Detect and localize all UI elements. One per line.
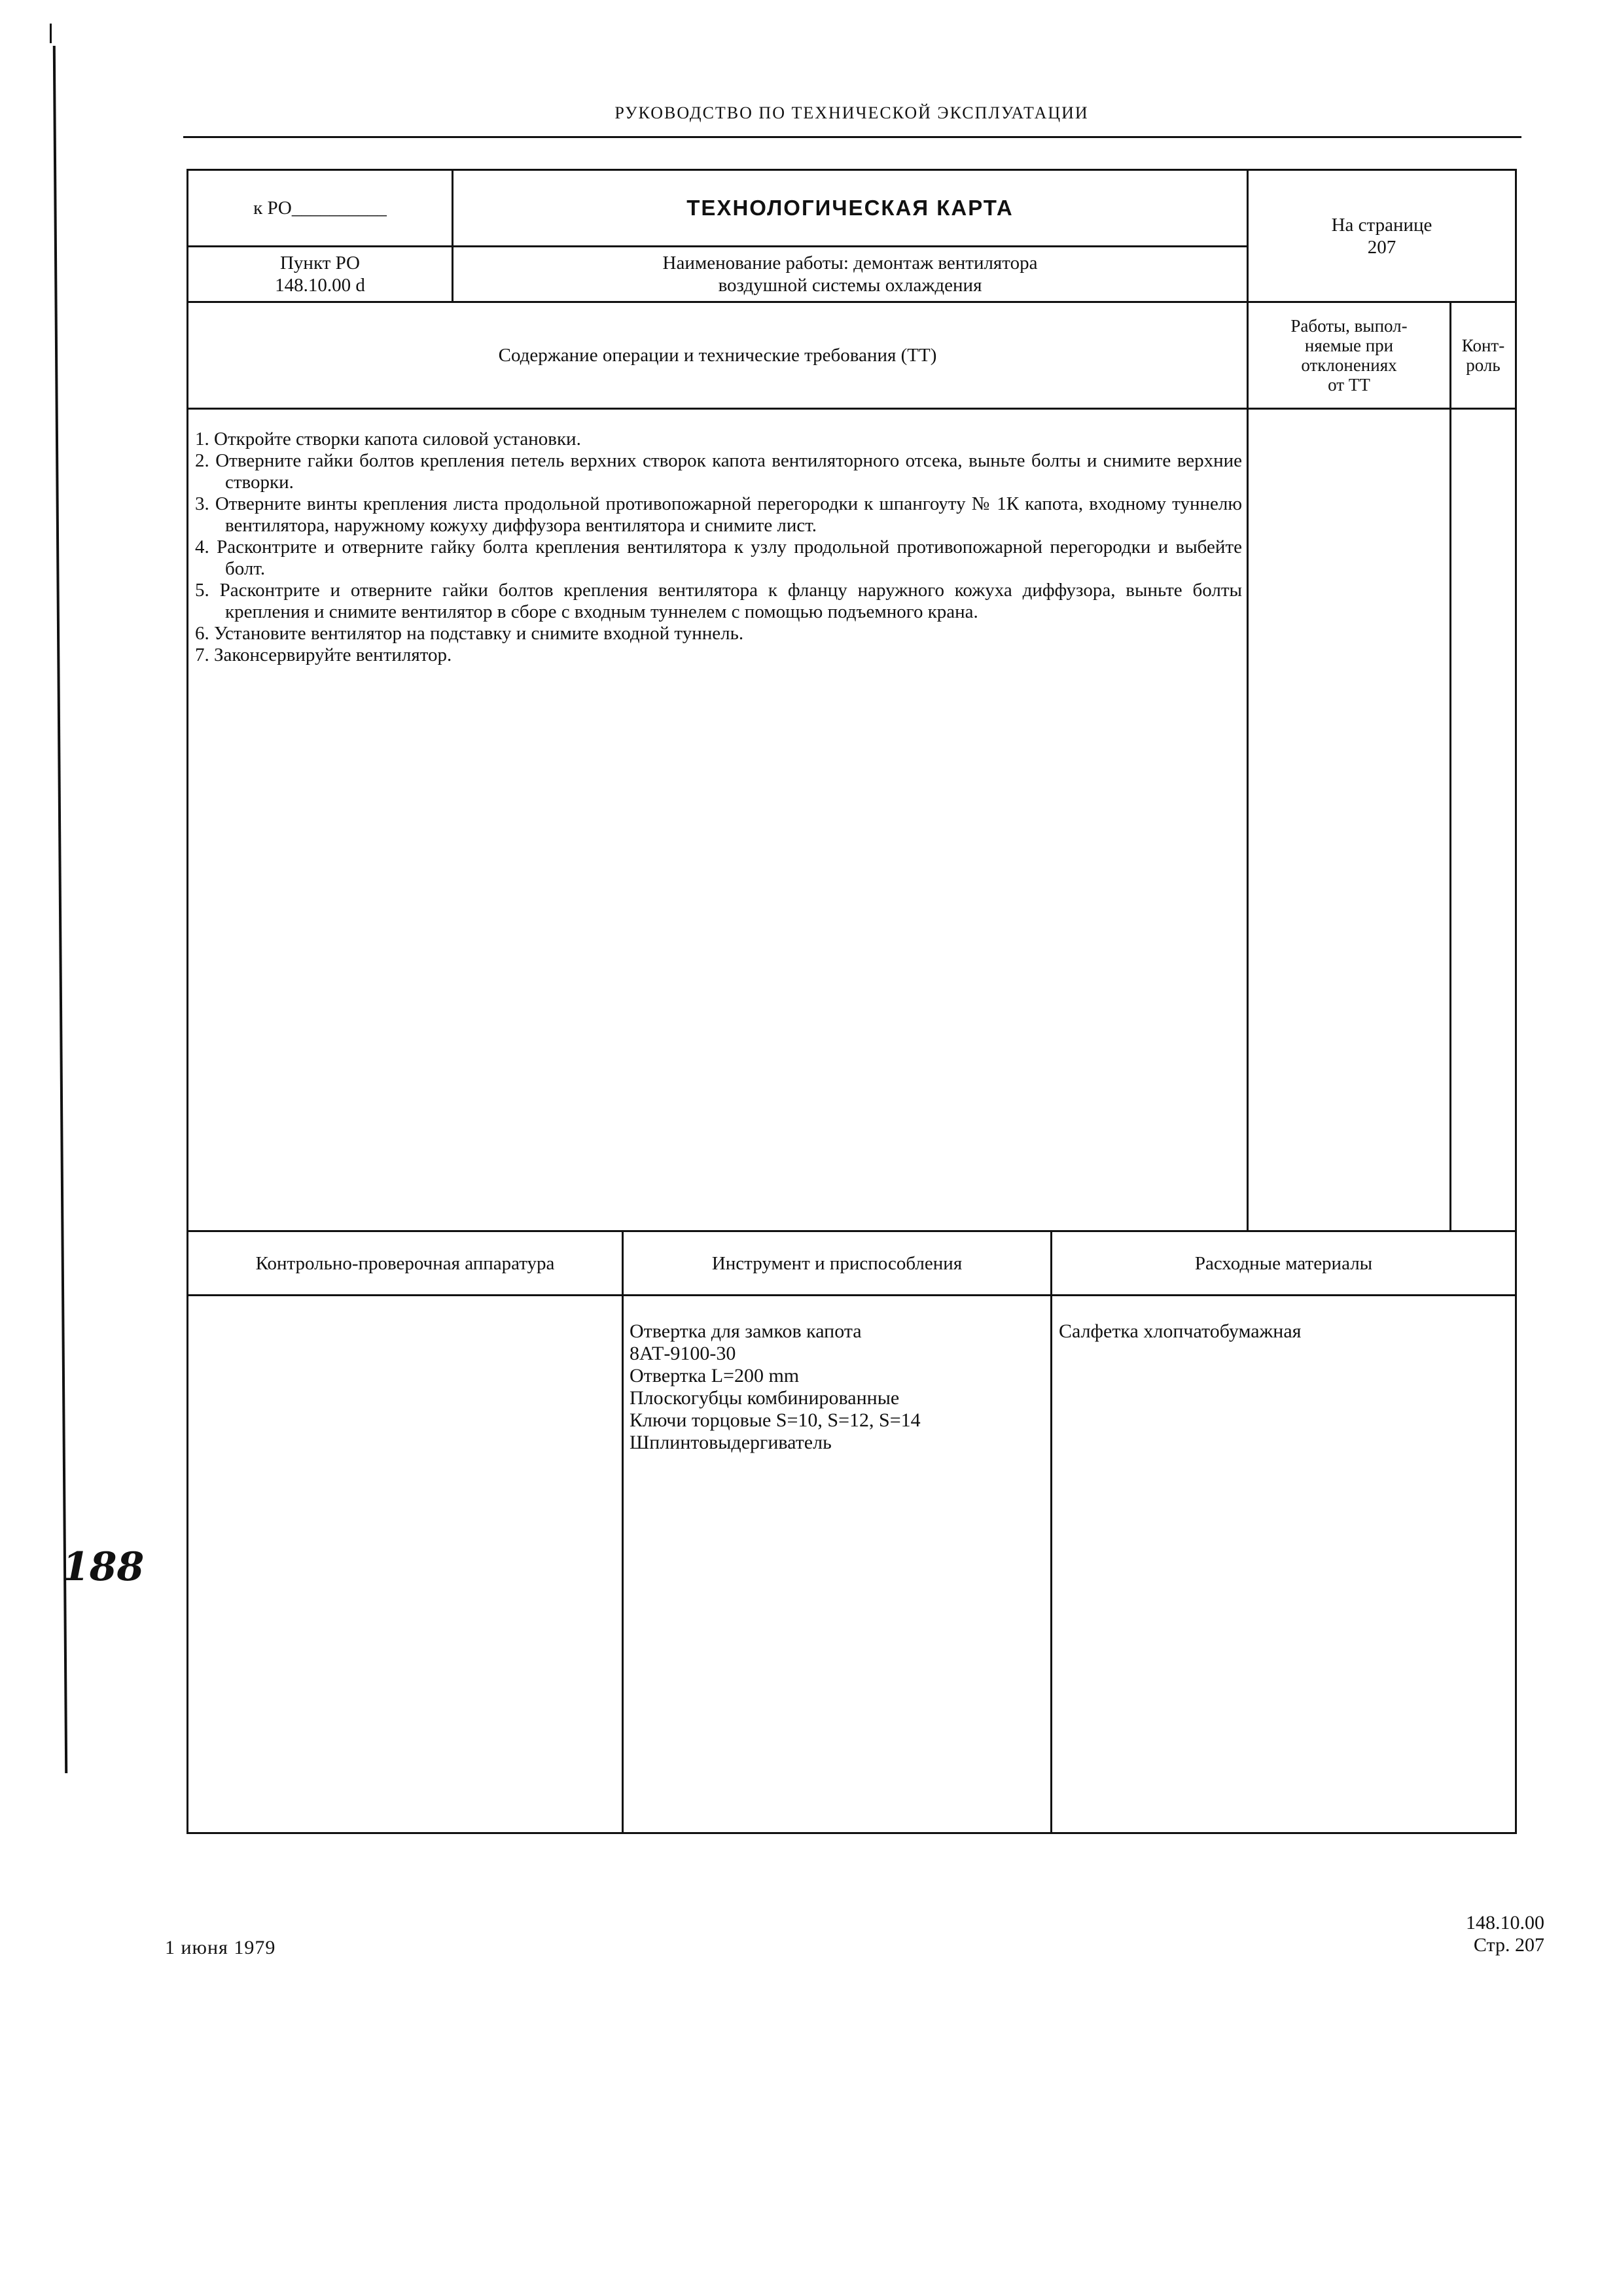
- deviations-header-line: Работы, выпол-: [1290, 316, 1407, 336]
- margin-scan-line: [50, 24, 52, 43]
- materials-header: Расходные материалы: [1050, 1230, 1517, 1296]
- materials-header-label: Расходные материалы: [1195, 1252, 1372, 1275]
- handwritten-page-number: 188: [62, 1544, 144, 1590]
- tools-list: Отвертка для замков капота 8АТ-9100-30 О…: [630, 1320, 1048, 1454]
- step-item: 1. Откройте створки капота силовой устан…: [195, 429, 1242, 450]
- material-item: Салфетка хлопчатобумажная: [1059, 1320, 1504, 1343]
- ref-cell: к РО__________: [187, 169, 453, 247]
- step-item: 6. Установите вентилятор на подставку и …: [195, 623, 1242, 645]
- margin-scan-line: [53, 46, 67, 1773]
- item-value: 148.10.00 d: [275, 274, 365, 296]
- deviations-body: [1247, 408, 1451, 1232]
- materials-body: [1050, 1294, 1517, 1834]
- equipment-header-label: Контрольно-проверочная аппаратура: [256, 1252, 555, 1275]
- control-header-line: роль: [1466, 355, 1500, 375]
- header-rule: [183, 136, 1521, 138]
- deviations-header-line: няемые при: [1305, 336, 1393, 355]
- content-header-label: Содержание операции и технические требов…: [499, 344, 937, 366]
- equipment-body: [187, 1294, 624, 1834]
- page-cell: На странице 207: [1247, 169, 1517, 303]
- footer-ref: 148.10.00 Стр. 207: [1459, 1912, 1544, 1956]
- control-header: Конт- роль: [1449, 301, 1517, 410]
- work-name-cell: Наименование работы: демонтаж вентилятор…: [452, 245, 1249, 303]
- tool-item: Шплинтовыдергиватель: [630, 1432, 1048, 1454]
- page-label: На странице: [1332, 214, 1432, 236]
- deviations-header: Работы, выпол- няемые при отклонениях от…: [1247, 301, 1451, 410]
- deviations-header-line: отклонениях: [1301, 355, 1396, 375]
- equipment-header: Контрольно-проверочная аппаратура: [187, 1230, 624, 1296]
- card-title: ТЕХНОЛОГИЧЕСКАЯ КАРТА: [686, 197, 1013, 219]
- item-label: Пункт РО: [280, 252, 360, 274]
- tool-item: Отвертка для замков капота: [630, 1320, 1048, 1343]
- footer-doc-ref: 148.10.00: [1459, 1912, 1544, 1934]
- control-body: [1449, 408, 1517, 1232]
- tools-header: Инструмент и приспособления: [622, 1230, 1052, 1296]
- tool-item: Плоскогубцы комбинированные: [630, 1387, 1048, 1409]
- running-head: РУКОВОДСТВО ПО ТЕХНИЧЕСКОЙ ЭКСПЛУАТАЦИИ: [187, 103, 1517, 123]
- control-header-line: Конт-: [1462, 336, 1504, 355]
- footer-page: Стр. 207: [1459, 1934, 1544, 1956]
- content-header: Содержание операции и технические требов…: [187, 301, 1249, 410]
- step-item: 5. Расконтрите и отверните гайки болтов …: [195, 580, 1242, 623]
- operation-steps: 1. Откройте створки капота силовой устан…: [195, 429, 1242, 666]
- step-item: 2. Отверните гайки болтов крепления пете…: [195, 450, 1242, 493]
- deviations-header-line: от ТТ: [1328, 375, 1370, 395]
- work-name-line2: воздушной системы охлаждения: [719, 274, 982, 296]
- footer-date: 1 июня 1979: [165, 1937, 275, 1959]
- tool-item: Отвертка L=200 mm: [630, 1365, 1048, 1387]
- tool-item: 8АТ-9100-30: [630, 1343, 1048, 1365]
- work-name-line1: Наименование работы: демонтаж вентилятор…: [663, 252, 1038, 274]
- materials-list: Салфетка хлопчатобумажная: [1059, 1320, 1504, 1343]
- tool-item: Ключи торцовые S=10, S=12, S=14: [630, 1409, 1048, 1432]
- title-cell: ТЕХНОЛОГИЧЕСКАЯ КАРТА: [452, 169, 1249, 247]
- step-item: 7. Законсервируйте вентилятор.: [195, 645, 1242, 666]
- item-cell: Пункт РО 148.10.00 d: [187, 245, 453, 303]
- tools-header-label: Инструмент и приспособления: [712, 1252, 962, 1275]
- step-item: 3. Отверните винты крепления листа продо…: [195, 493, 1242, 537]
- step-item: 4. Расконтрите и отверните гайку болта к…: [195, 537, 1242, 580]
- ref-label: к РО__________: [253, 197, 387, 219]
- page-value: 207: [1368, 236, 1396, 258]
